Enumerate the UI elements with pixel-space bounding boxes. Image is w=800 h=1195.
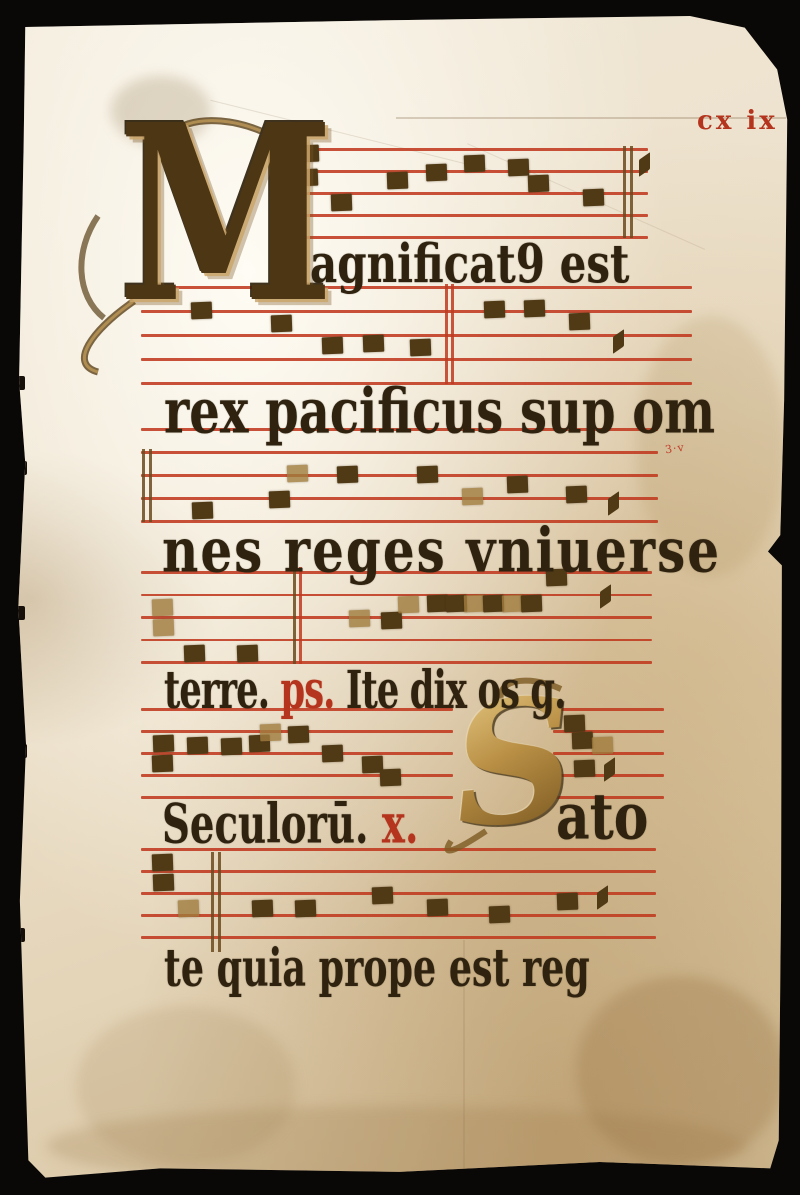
staff-5-neume: [152, 755, 174, 773]
staff-3-line: [141, 474, 658, 477]
manuscript-page: cx ix 3·v M S agnificat9 est rex pacific…: [16, 16, 788, 1180]
staff-3-neume: [417, 466, 439, 484]
chant-text-line-3: nes reges vniuerse: [162, 514, 721, 586]
staff-5-neume: [322, 745, 344, 763]
chant-text-line-5-continued: ato: [556, 780, 648, 854]
staff-2-bar: [451, 284, 454, 384]
chant-text-segment: ps.: [280, 660, 345, 721]
staff-6-neume: [372, 887, 394, 905]
staff-1-neume: [508, 159, 530, 177]
chant-text-segment: te quia prope est reg: [164, 938, 590, 999]
staff-2-custos: [613, 329, 624, 354]
staff-6-neume: [489, 906, 511, 924]
staff-3-neume: [566, 486, 588, 504]
staff-4-line: [141, 639, 652, 642]
staff-3-line: [141, 451, 658, 454]
staff-4-neume: [381, 612, 403, 630]
chant-text-line-2: rex pacificus sup om: [164, 376, 715, 448]
staff-5-neume: [380, 769, 402, 787]
staff-2-neume: [484, 301, 506, 319]
staff-5-neume: [153, 735, 175, 753]
chant-text-segment: x.: [382, 792, 418, 856]
chant-text-segment: nes reges vniuerse: [162, 514, 721, 586]
chant-text-line-4: terre. ps. Ite dix os g.: [164, 660, 566, 721]
staff-6-custos: [597, 885, 608, 910]
staff-4-neume: [153, 619, 175, 637]
staff-3-neume: [507, 476, 529, 494]
staff-1-neume: [528, 175, 550, 193]
staff-6-neume: [557, 893, 579, 911]
staff-6-neume: [295, 900, 317, 918]
staff-6-neume: [152, 854, 174, 872]
staff-1-neume: [464, 155, 486, 173]
staff-6-neume: [252, 900, 274, 918]
chant-text-line-6: te quia prope est reg: [164, 938, 590, 999]
staff-1-neume: [387, 172, 409, 190]
staff-3-custos: [608, 491, 619, 516]
chant-text-segment: rex pacificus sup om: [164, 376, 715, 448]
staff-6-neume: [153, 874, 175, 892]
staff-6-neume: [427, 899, 449, 917]
staff-2-neume: [410, 339, 432, 357]
chant-text-line-5: Seculorū. x.: [162, 792, 418, 856]
staff-1-neume: [583, 189, 605, 207]
staff-3-bar: [142, 449, 145, 522]
chant-text-line-1: agnificat9 est: [310, 232, 629, 295]
staff-6-bar: [211, 852, 214, 952]
initial-m: M: [118, 94, 334, 337]
staff-4-custos: [600, 584, 611, 609]
chant-text-segment: ato: [556, 780, 648, 854]
staff-4-line: [141, 594, 652, 597]
staff-1-custos: [639, 152, 650, 177]
staff-1-line: [294, 214, 648, 217]
staff-5-neume: [260, 724, 282, 742]
staff-5-custos: [604, 757, 615, 782]
staff-4-neume: [521, 595, 543, 613]
staff-2-neume: [524, 300, 546, 318]
staff-3-neume: [337, 466, 359, 484]
photo-background: { "page": { "folio_number": "cx ix", "ba…: [0, 0, 800, 1195]
staff-1-bar: [630, 146, 633, 238]
staff-6-bar: [218, 852, 221, 952]
staff-5-line: [141, 774, 453, 777]
staff-5-neume: [221, 738, 243, 756]
staff-2-neume: [363, 335, 385, 353]
staff-2-neume: [569, 313, 591, 331]
staff-1-bar: [623, 146, 626, 238]
chant-text-segment: terre.: [164, 660, 280, 721]
staff-3-neume: [462, 488, 484, 506]
staff-5-neume: [288, 726, 310, 744]
staff-4-neume: [398, 596, 420, 614]
chant-text-segment: Ite dix os g.: [346, 660, 566, 721]
staff-2-bar: [445, 284, 448, 384]
staff-3-neume: [287, 465, 309, 483]
staff-3-neume: [269, 491, 291, 509]
chant-text-segment: agnificat9 est: [310, 232, 629, 295]
staff-6-neume: [178, 900, 200, 918]
staff-4-neume: [349, 610, 371, 628]
chant-text-segment: Seculorū.: [162, 792, 382, 856]
staff-1-neume: [426, 164, 448, 182]
staff-5-neume: [187, 737, 209, 755]
staff-4-neume: [152, 599, 174, 617]
staff-3-bar: [149, 449, 152, 522]
staff-1-line: [294, 148, 648, 151]
